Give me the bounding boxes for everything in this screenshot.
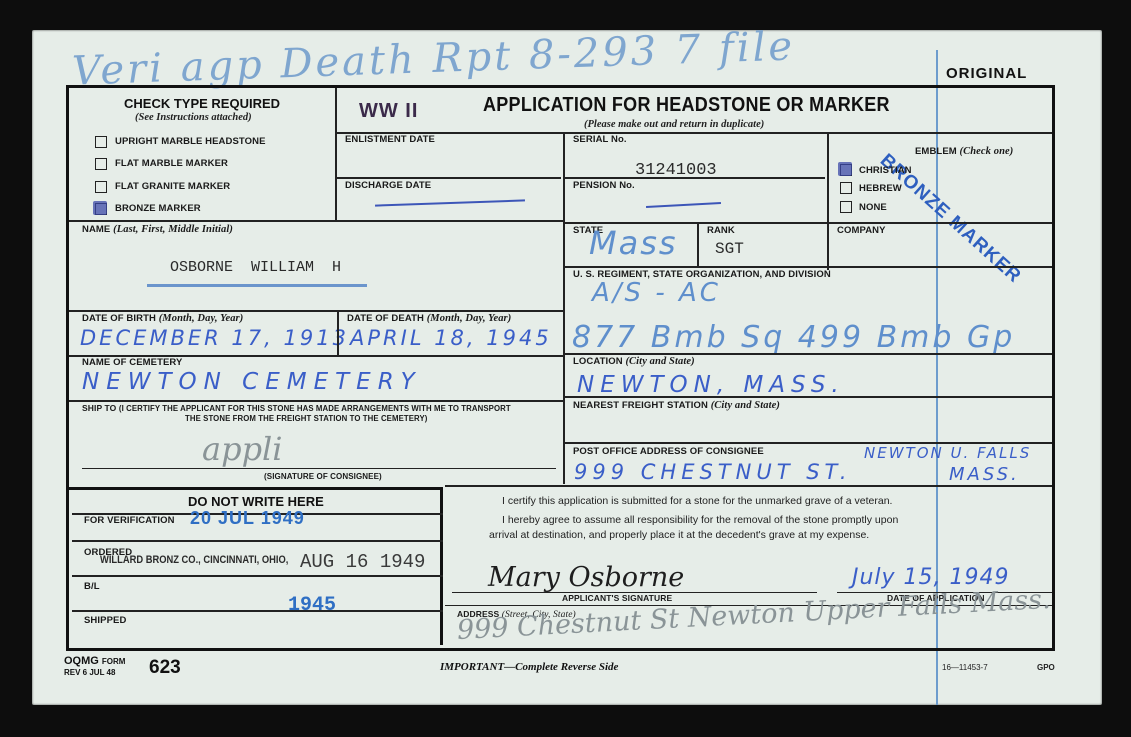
divider	[335, 132, 1052, 134]
bronze-marker-checkbox[interactable]	[95, 203, 107, 215]
none-checkbox[interactable]	[840, 201, 852, 213]
date-of-birth-label: DATE OF BIRTH (Month, Day, Year)	[82, 313, 243, 324]
christian-checkbox[interactable]	[840, 164, 852, 176]
divider	[72, 540, 443, 542]
divider	[563, 353, 1052, 355]
name-value: OSBORNE WILLIAM H	[170, 259, 341, 276]
original-label: ORIGINAL	[946, 65, 1027, 82]
name-underline-stroke	[147, 284, 367, 287]
verification-stamp: 20 JUL 1949	[190, 508, 305, 529]
hebrew-label: HEBREW	[859, 183, 902, 194]
consignee-signature-line	[82, 468, 556, 469]
upright-marble-headstone-checkbox[interactable]	[95, 136, 107, 148]
divider	[563, 132, 565, 484]
state-value: Mass	[589, 224, 678, 262]
serial-no-label: SERIAL No.	[573, 134, 627, 145]
verification-label: FOR VERIFICATION	[84, 515, 175, 526]
check-type-heading: CHECK TYPE REQUIRED	[124, 96, 280, 111]
name-label: NAME (Last, First, Middle Initial)	[82, 224, 233, 235]
flat-marble-marker-checkbox[interactable]	[95, 158, 107, 170]
printer-mark: GPO	[1037, 663, 1055, 672]
rank-label: RANK	[707, 225, 735, 236]
cemetery-label: NAME OF CEMETERY	[82, 357, 182, 368]
certification-line2: I hereby agree to assume all responsibil…	[502, 514, 898, 526]
check-type-subheading: (See Instructions attached)	[135, 112, 252, 123]
ship-to-label-line2: THE STONE FROM THE FREIGHT STATION TO TH…	[185, 414, 427, 423]
christian-label: CHRISTIAN	[859, 165, 912, 176]
hebrew-checkbox[interactable]	[840, 182, 852, 194]
form-org: OQMG FORM REV 6 JUL 48	[64, 656, 125, 678]
enlistment-date-label: ENLISTMENT DATE	[345, 134, 435, 145]
applicant-signature-value: Mary Osborne	[488, 562, 684, 593]
rank-value: SGT	[715, 240, 744, 258]
form-paper: Veri agp Death Rpt 8-293 7 file ORIGINAL…	[32, 30, 1102, 705]
applicant-signature-label: APPLICANT'S SIGNATURE	[562, 593, 672, 603]
flat-granite-marker-label: FLAT GRANITE MARKER	[115, 181, 230, 192]
upright-marble-headstone-label: UPRIGHT MARBLE HEADSTONE	[115, 136, 266, 147]
consignee-state-value: MASS.	[949, 464, 1020, 485]
bl-stamp: 1945	[288, 594, 336, 617]
divider	[563, 177, 825, 179]
pension-no-label: PENSION No.	[573, 180, 635, 191]
shipped-label: SHIPPED	[84, 615, 126, 626]
location-value: NEWTON, MASS.	[577, 372, 845, 398]
form-title: APPLICATION FOR HEADSTONE OR MARKER	[483, 94, 890, 117]
flat-marble-marker-label: FLAT MARBLE MARKER	[115, 158, 228, 169]
ordered-stamp: WILLARD BRONZ CO., CINCINNATI, OHIO,	[100, 550, 322, 568]
location-label: LOCATION (City and State)	[573, 356, 695, 367]
divider	[69, 310, 563, 312]
freight-station-label: NEAREST FREIGHT STATION (City and State)	[573, 400, 780, 411]
flat-granite-marker-checkbox[interactable]	[95, 181, 107, 193]
era-label: WW II	[359, 100, 418, 123]
certification-line3: arrival at destination, and properly pla…	[489, 529, 869, 541]
bl-label: B/L	[84, 581, 100, 592]
discharge-date-label: DISCHARGE DATE	[345, 180, 431, 191]
date-of-death-value: APRIL 18, 1945	[350, 326, 552, 350]
company-label: COMPANY	[837, 225, 886, 236]
cemetery-value: NEWTON CEMETERY	[82, 369, 422, 395]
form-number: 623	[149, 657, 181, 679]
divider	[445, 485, 1052, 487]
certification-line1: I certify this application is submitted …	[502, 495, 892, 507]
office-use-heading: DO NOT WRITE HERE	[188, 494, 324, 509]
regiment-value-line2: 877 Bmb Sq 499 Bmb Gp	[572, 320, 1015, 355]
bronze-marker-label: BRONZE MARKER	[115, 203, 201, 214]
divider	[697, 222, 699, 267]
consignee-address-value: 999 CHESTNUT ST.	[574, 460, 852, 484]
divider	[563, 266, 1052, 268]
none-label: NONE	[859, 202, 887, 213]
divider	[563, 396, 1052, 398]
consignee-address-label: POST OFFICE ADDRESS OF CONSIGNEE	[573, 446, 764, 457]
emblem-heading: EMBLEM (Check one)	[915, 146, 1013, 157]
regiment-value-line1: A/S - AC	[592, 278, 721, 308]
consignee-city-value: NEWTON U. FALLS	[864, 444, 1031, 462]
date-of-birth-value: DECEMBER 17, 1913	[80, 326, 349, 350]
ship-to-value: appli	[202, 430, 283, 468]
form-subtitle: (Please make out and return in duplicate…	[584, 119, 764, 130]
divider	[72, 575, 443, 577]
divider	[335, 88, 337, 220]
consignee-signature-label: (SIGNATURE OF CONSIGNEE)	[264, 472, 382, 481]
ordered-date-stamp: AUG 16 1949	[300, 551, 425, 573]
ship-to-label: SHIP TO (I CERTIFY THE APPLICANT FOR THI…	[82, 403, 511, 413]
top-handwritten-note: Veri agp Death Rpt 8-293 7 file	[71, 23, 795, 94]
divider	[69, 400, 563, 402]
print-code: 16—11453-7	[942, 663, 988, 672]
divider	[69, 220, 563, 222]
divider	[335, 177, 561, 179]
divider	[337, 310, 339, 355]
divider	[827, 132, 829, 270]
date-of-death-label: DATE OF DEATH (Month, Day, Year)	[347, 313, 511, 324]
important-note: IMPORTANT—Complete Reverse Side	[440, 661, 618, 673]
divider	[72, 610, 443, 612]
